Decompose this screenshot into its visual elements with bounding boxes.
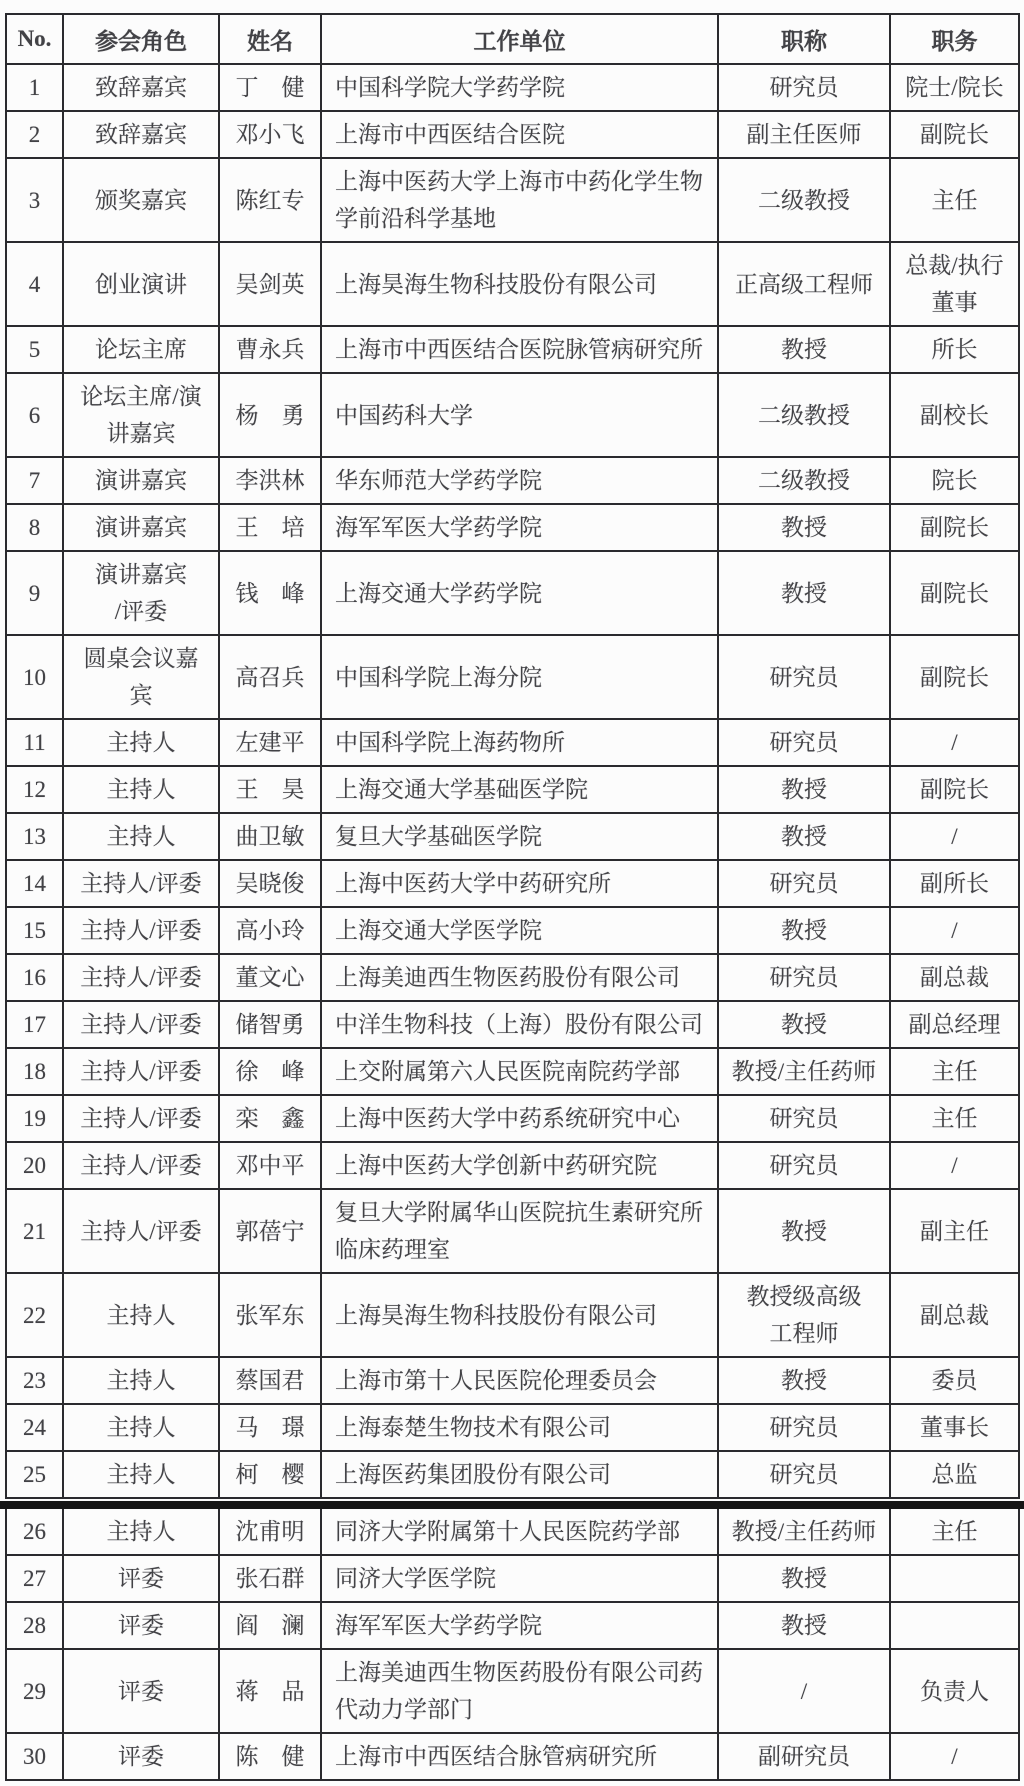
cell-role: 演讲嘉宾 /评委 — [63, 551, 219, 635]
cell-unit: 中国科学院上海分院 — [321, 635, 718, 719]
cell-duty: 副院长 — [890, 111, 1019, 158]
cell-title: 正高级工程师 — [718, 242, 890, 326]
table-row: 26主持人沈甫明同济大学附属第十人民医院药学部教授/主任药师主任 — [6, 1509, 1019, 1555]
cell-duty: 副总裁 — [890, 1273, 1019, 1357]
cell-no: 23 — [6, 1357, 63, 1404]
cell-duty: 副院长 — [890, 551, 1019, 635]
cell-title: 教授级高级 工程师 — [718, 1273, 890, 1357]
cell-no: 26 — [6, 1509, 63, 1555]
cell-title: 二级教授 — [718, 158, 890, 242]
cell-title: 教授 — [718, 1001, 890, 1048]
cell-no: 28 — [6, 1602, 63, 1649]
cell-title: 教授/主任药师 — [718, 1048, 890, 1095]
cell-role: 主持人 — [63, 1451, 219, 1498]
cell-title: 副主任医师 — [718, 111, 890, 158]
cell-no: 17 — [6, 1001, 63, 1048]
cell-no: 2 — [6, 111, 63, 158]
cell-no: 14 — [6, 860, 63, 907]
cell-unit: 中国科学院大学药学院 — [321, 64, 718, 111]
cell-name: 蔡国君 — [219, 1357, 321, 1404]
cell-role: 主持人 — [63, 719, 219, 766]
cell-role: 主持人/评委 — [63, 1048, 219, 1095]
cell-unit: 上海泰楚生物技术有限公司 — [321, 1404, 718, 1451]
cell-duty: 主任 — [890, 1048, 1019, 1095]
cell-unit: 上海中医药大学上海市中药化学生物 学前沿科学基地 — [321, 158, 718, 242]
cell-name: 杨 勇 — [219, 373, 321, 457]
table-row: 27评委张石群同济大学医学院教授 — [6, 1555, 1019, 1602]
cell-duty: 副总裁 — [890, 954, 1019, 1001]
cell-duty: 副总经理 — [890, 1001, 1019, 1048]
cell-no: 15 — [6, 907, 63, 954]
cell-unit: 上海交通大学医学院 — [321, 907, 718, 954]
column-header-role: 参会角色 — [63, 14, 219, 64]
cell-name: 栾 鑫 — [219, 1095, 321, 1142]
cell-duty: 副院长 — [890, 635, 1019, 719]
cell-no: 16 — [6, 954, 63, 1001]
table-row: 28评委阎 澜海军军医大学药学院教授 — [6, 1602, 1019, 1649]
cell-name: 高召兵 — [219, 635, 321, 719]
cell-title: 研究员 — [718, 954, 890, 1001]
cell-role: 演讲嘉宾 — [63, 457, 219, 504]
cell-duty: 主任 — [890, 158, 1019, 242]
cell-unit: 上海中医药大学中药研究所 — [321, 860, 718, 907]
cell-title: 研究员 — [718, 1451, 890, 1498]
cell-name: 沈甫明 — [219, 1509, 321, 1555]
cell-unit: 上海美迪西生物医药股份有限公司药 代动力学部门 — [321, 1649, 718, 1733]
table-row: 10圆桌会议嘉 宾高召兵中国科学院上海分院研究员副院长 — [6, 635, 1019, 719]
cell-title: 研究员 — [718, 860, 890, 907]
table-row: 17主持人/评委储智勇中洋生物科技（上海）股份有限公司教授副总经理 — [6, 1001, 1019, 1048]
cell-role: 评委 — [63, 1649, 219, 1733]
cell-role: 论坛主席 — [63, 326, 219, 373]
table-row: 12主持人王 昊上海交通大学基础医学院教授副院长 — [6, 766, 1019, 813]
table-row: 29评委蒋 品上海美迪西生物医药股份有限公司药 代动力学部门/负责人 — [6, 1649, 1019, 1733]
table-row: 13主持人曲卫敏复旦大学基础医学院教授/ — [6, 813, 1019, 860]
cell-unit: 上海市中西医结合医院脉管病研究所 — [321, 326, 718, 373]
cell-unit: 上海交通大学基础医学院 — [321, 766, 718, 813]
cell-no: 21 — [6, 1189, 63, 1273]
cell-name: 马 璟 — [219, 1404, 321, 1451]
table-row: 30评委陈 健上海市中西医结合脉管病研究所副研究员/ — [6, 1733, 1019, 1780]
cell-role: 主持人/评委 — [63, 1001, 219, 1048]
cell-no: 1 — [6, 64, 63, 111]
cell-title: 教授 — [718, 1189, 890, 1273]
cell-role: 演讲嘉宾 — [63, 504, 219, 551]
cell-unit: 同济大学医学院 — [321, 1555, 718, 1602]
cell-duty: 总裁/执行 董事 — [890, 242, 1019, 326]
scanned-roster-page: No.参会角色姓名工作单位职称职务 1致辞嘉宾丁 健中国科学院大学药学院研究员院… — [0, 0, 1024, 1786]
cell-name: 丁 健 — [219, 64, 321, 111]
table-row: 16主持人/评委董文心上海美迪西生物医药股份有限公司研究员副总裁 — [6, 954, 1019, 1001]
cell-unit: 上海市中西医结合脉管病研究所 — [321, 1733, 718, 1780]
cell-role: 主持人/评委 — [63, 907, 219, 954]
cell-name: 蒋 品 — [219, 1649, 321, 1733]
cell-no: 4 — [6, 242, 63, 326]
table-row: 7演讲嘉宾李洪林华东师范大学药学院二级教授院长 — [6, 457, 1019, 504]
cell-duty: 负责人 — [890, 1649, 1019, 1733]
cell-duty: 所长 — [890, 326, 1019, 373]
cell-role: 圆桌会议嘉 宾 — [63, 635, 219, 719]
table-row: 19主持人/评委栾 鑫上海中医药大学中药系统研究中心研究员主任 — [6, 1095, 1019, 1142]
cell-no: 5 — [6, 326, 63, 373]
cell-name: 高小玲 — [219, 907, 321, 954]
cell-no: 3 — [6, 158, 63, 242]
cell-name: 徐 峰 — [219, 1048, 321, 1095]
cell-role: 致辞嘉宾 — [63, 111, 219, 158]
cell-name: 董文心 — [219, 954, 321, 1001]
cell-no: 27 — [6, 1555, 63, 1602]
cell-name: 吴剑英 — [219, 242, 321, 326]
cell-role: 致辞嘉宾 — [63, 64, 219, 111]
table-row: 20主持人/评委邓中平上海中医药大学创新中药研究院研究员/ — [6, 1142, 1019, 1189]
cell-unit: 上海昊海生物科技股份有限公司 — [321, 1273, 718, 1357]
cell-duty: 主任 — [890, 1509, 1019, 1555]
cell-unit: 上海中医药大学中药系统研究中心 — [321, 1095, 718, 1142]
cell-no: 10 — [6, 635, 63, 719]
cell-no: 20 — [6, 1142, 63, 1189]
cell-unit: 上交附属第六人民医院南院药学部 — [321, 1048, 718, 1095]
cell-no: 22 — [6, 1273, 63, 1357]
cell-unit: 上海市中西医结合医院 — [321, 111, 718, 158]
cell-title: 副研究员 — [718, 1733, 890, 1780]
column-header-duty: 职务 — [890, 14, 1019, 64]
table-row: 4创业演讲吴剑英上海昊海生物科技股份有限公司正高级工程师总裁/执行 董事 — [6, 242, 1019, 326]
table-row: 6论坛主席/演 讲嘉宾杨 勇中国药科大学二级教授副校长 — [6, 373, 1019, 457]
cell-duty: 副所长 — [890, 860, 1019, 907]
table-row: 23主持人蔡国君上海市第十人民医院伦理委员会教授委员 — [6, 1357, 1019, 1404]
cell-no: 11 — [6, 719, 63, 766]
cell-title: 二级教授 — [718, 457, 890, 504]
cell-name: 王 培 — [219, 504, 321, 551]
cell-unit: 同济大学附属第十人民医院药学部 — [321, 1509, 718, 1555]
table-row: 1致辞嘉宾丁 健中国科学院大学药学院研究员院士/院长 — [6, 64, 1019, 111]
cell-title: 研究员 — [718, 1095, 890, 1142]
cell-duty: 副校长 — [890, 373, 1019, 457]
cell-role: 主持人 — [63, 1404, 219, 1451]
column-header-name: 姓名 — [219, 14, 321, 64]
cell-unit: 上海中医药大学创新中药研究院 — [321, 1142, 718, 1189]
cell-title: 二级教授 — [718, 373, 890, 457]
cell-duty — [890, 1602, 1019, 1649]
table-row: 5论坛主席曹永兵上海市中西医结合医院脉管病研究所教授所长 — [6, 326, 1019, 373]
table-row: 21主持人/评委郭蓓宁复旦大学附属华山医院抗生素研究所 临床药理室教授副主任 — [6, 1189, 1019, 1273]
cell-name: 王 昊 — [219, 766, 321, 813]
cell-role: 评委 — [63, 1733, 219, 1780]
column-header-no: No. — [6, 14, 63, 64]
cell-role: 创业演讲 — [63, 242, 219, 326]
cell-title: 研究员 — [718, 1404, 890, 1451]
column-header-unit: 工作单位 — [321, 14, 718, 64]
cell-title: 研究员 — [718, 1142, 890, 1189]
cell-no: 8 — [6, 504, 63, 551]
cell-unit: 上海美迪西生物医药股份有限公司 — [321, 954, 718, 1001]
cell-no: 13 — [6, 813, 63, 860]
cell-role: 主持人 — [63, 1273, 219, 1357]
cell-role: 论坛主席/演 讲嘉宾 — [63, 373, 219, 457]
table-row: 14主持人/评委吴晓俊上海中医药大学中药研究所研究员副所长 — [6, 860, 1019, 907]
cell-duty — [890, 1555, 1019, 1602]
cell-no: 24 — [6, 1404, 63, 1451]
cell-name: 邓中平 — [219, 1142, 321, 1189]
cell-duty: 委员 — [890, 1357, 1019, 1404]
cell-title: / — [718, 1649, 890, 1733]
table-row: 15主持人/评委高小玲上海交通大学医学院教授/ — [6, 907, 1019, 954]
cell-duty: 副院长 — [890, 766, 1019, 813]
cell-role: 主持人 — [63, 1357, 219, 1404]
cell-unit: 海军军医大学药学院 — [321, 1602, 718, 1649]
cell-duty: 院长 — [890, 457, 1019, 504]
cell-no: 30 — [6, 1733, 63, 1780]
cell-name: 邓小飞 — [219, 111, 321, 158]
cell-role: 主持人 — [63, 766, 219, 813]
cell-no: 25 — [6, 1451, 63, 1498]
cell-name: 张石群 — [219, 1555, 321, 1602]
cell-role: 评委 — [63, 1602, 219, 1649]
table-row: 24主持人马 璟上海泰楚生物技术有限公司研究员董事长 — [6, 1404, 1019, 1451]
table-row: 11主持人左建平中国科学院上海药物所研究员/ — [6, 719, 1019, 766]
cell-unit: 上海市第十人民医院伦理委员会 — [321, 1357, 718, 1404]
table-row: 3颁奖嘉宾陈红专上海中医药大学上海市中药化学生物 学前沿科学基地二级教授主任 — [6, 158, 1019, 242]
cell-role: 主持人 — [63, 1509, 219, 1555]
cell-title: 研究员 — [718, 719, 890, 766]
cell-unit: 中国科学院上海药物所 — [321, 719, 718, 766]
cell-duty: / — [890, 1733, 1019, 1780]
cell-no: 19 — [6, 1095, 63, 1142]
cell-no: 6 — [6, 373, 63, 457]
table-row: 18主持人/评委徐 峰上交附属第六人民医院南院药学部教授/主任药师主任 — [6, 1048, 1019, 1095]
cell-unit: 上海交通大学药学院 — [321, 551, 718, 635]
cell-no: 18 — [6, 1048, 63, 1095]
cell-name: 李洪林 — [219, 457, 321, 504]
cell-name: 左建平 — [219, 719, 321, 766]
cell-name: 曹永兵 — [219, 326, 321, 373]
cell-no: 29 — [6, 1649, 63, 1733]
roster-table-page1: No.参会角色姓名工作单位职称职务 1致辞嘉宾丁 健中国科学院大学药学院研究员院… — [5, 13, 1020, 1499]
cell-unit: 复旦大学附属华山医院抗生素研究所 临床药理室 — [321, 1189, 718, 1273]
cell-no: 9 — [6, 551, 63, 635]
cell-duty: / — [890, 719, 1019, 766]
cell-title: 教授/主任药师 — [718, 1509, 890, 1555]
cell-title: 教授 — [718, 326, 890, 373]
cell-name: 曲卫敏 — [219, 813, 321, 860]
cell-title: 研究员 — [718, 635, 890, 719]
cell-title: 教授 — [718, 907, 890, 954]
cell-title: 教授 — [718, 504, 890, 551]
cell-role: 主持人/评委 — [63, 860, 219, 907]
cell-role: 评委 — [63, 1555, 219, 1602]
cell-unit: 上海昊海生物科技股份有限公司 — [321, 242, 718, 326]
cell-role: 主持人/评委 — [63, 1189, 219, 1273]
cell-name: 柯 樱 — [219, 1451, 321, 1498]
cell-role: 主持人/评委 — [63, 1142, 219, 1189]
table-row: 25主持人柯 樱上海医药集团股份有限公司研究员总监 — [6, 1451, 1019, 1498]
cell-name: 陈红专 — [219, 158, 321, 242]
cell-title: 研究员 — [718, 64, 890, 111]
table-row: No.参会角色姓名工作单位职称职务 — [6, 14, 1019, 64]
cell-duty: 副主任 — [890, 1189, 1019, 1273]
cell-name: 郭蓓宁 — [219, 1189, 321, 1273]
cell-name: 钱 峰 — [219, 551, 321, 635]
cell-title: 教授 — [718, 551, 890, 635]
cell-unit: 上海医药集团股份有限公司 — [321, 1451, 718, 1498]
cell-duty: 院士/院长 — [890, 64, 1019, 111]
table-row: 8演讲嘉宾王 培海军军医大学药学院教授副院长 — [6, 504, 1019, 551]
cell-duty: 副院长 — [890, 504, 1019, 551]
cell-unit: 华东师范大学药学院 — [321, 457, 718, 504]
cell-role: 主持人/评委 — [63, 954, 219, 1001]
cell-title: 教授 — [718, 1602, 890, 1649]
cell-title: 教授 — [718, 1357, 890, 1404]
cell-title: 教授 — [718, 766, 890, 813]
page-break-bar — [0, 1501, 1024, 1509]
table-row: 22主持人张军东上海昊海生物科技股份有限公司教授级高级 工程师副总裁 — [6, 1273, 1019, 1357]
table-row: 9演讲嘉宾 /评委钱 峰上海交通大学药学院教授副院长 — [6, 551, 1019, 635]
cell-duty: 主任 — [890, 1095, 1019, 1142]
table-row: 2致辞嘉宾邓小飞上海市中西医结合医院副主任医师副院长 — [6, 111, 1019, 158]
cell-no: 7 — [6, 457, 63, 504]
column-header-title: 职称 — [718, 14, 890, 64]
cell-no: 12 — [6, 766, 63, 813]
roster-table-page2: 26主持人沈甫明同济大学附属第十人民医院药学部教授/主任药师主任27评委张石群同… — [5, 1509, 1020, 1781]
cell-title: 教授 — [718, 1555, 890, 1602]
cell-name: 张军东 — [219, 1273, 321, 1357]
cell-name: 陈 健 — [219, 1733, 321, 1780]
cell-unit: 中洋生物科技（上海）股份有限公司 — [321, 1001, 718, 1048]
cell-role: 主持人/评委 — [63, 1095, 219, 1142]
cell-unit: 中国药科大学 — [321, 373, 718, 457]
cell-duty: / — [890, 813, 1019, 860]
cell-duty: 总监 — [890, 1451, 1019, 1498]
cell-unit: 海军军医大学药学院 — [321, 504, 718, 551]
cell-name: 吴晓俊 — [219, 860, 321, 907]
cell-name: 储智勇 — [219, 1001, 321, 1048]
roster-header-row: No.参会角色姓名工作单位职称职务 — [6, 14, 1019, 64]
cell-duty: / — [890, 1142, 1019, 1189]
cell-name: 阎 澜 — [219, 1602, 321, 1649]
cell-title: 教授 — [718, 813, 890, 860]
cell-duty: 董事长 — [890, 1404, 1019, 1451]
cell-role: 颁奖嘉宾 — [63, 158, 219, 242]
cell-duty: / — [890, 907, 1019, 954]
cell-unit: 复旦大学基础医学院 — [321, 813, 718, 860]
cell-role: 主持人 — [63, 813, 219, 860]
